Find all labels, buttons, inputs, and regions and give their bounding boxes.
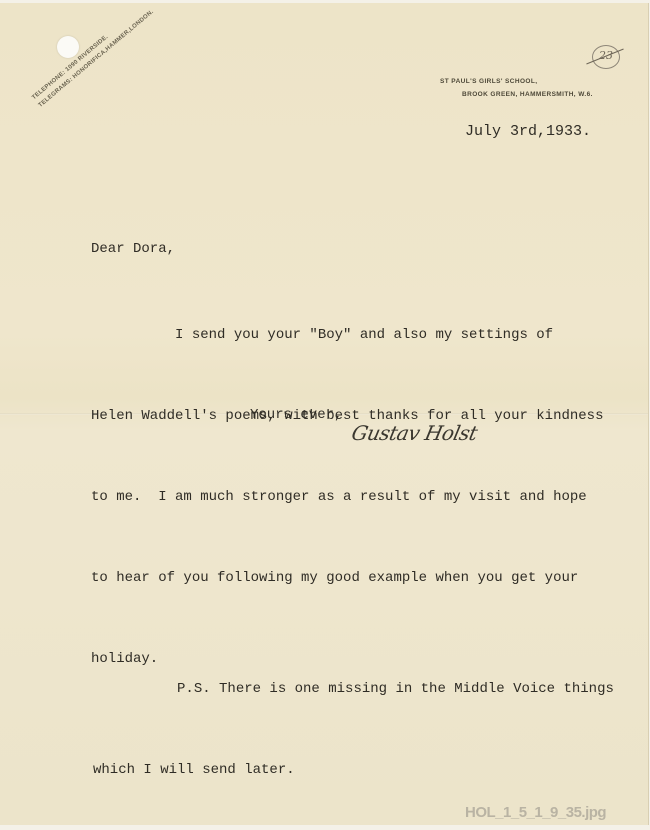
letterhead-address: ST PAUL'S GIRLS' SCHOOL, BROOK GREEN, HA… — [440, 75, 593, 101]
archive-number-mark: 23 — [592, 45, 620, 69]
letter-page: TELEPHONE: 1090 RIVERSIDE. TELEGRAMS: HO… — [0, 3, 649, 825]
closing: Yours ever, — [250, 407, 342, 423]
letterhead-telegrams: TELEGRAMS: HONORIFICA,HAMMER,LONDON. — [36, 7, 156, 110]
body-line: to me. I am much stronger as a result of… — [91, 484, 603, 511]
postscript-line: which I will send later. — [93, 757, 614, 784]
image-filename-label: HOL_1_5_1_9_35.jpg — [465, 804, 606, 821]
postscript-line: P.S. There is one missing in the Middle … — [93, 676, 614, 703]
body-line: I send you your "Boy" and also my settin… — [91, 322, 603, 349]
salutation: Dear Dora, — [91, 241, 175, 257]
handwritten-signature: Gustav Holst — [349, 421, 479, 445]
postscript: P.S. There is one missing in the Middle … — [93, 622, 614, 830]
punch-hole — [57, 36, 79, 58]
letterhead-street: BROOK GREEN, HAMMERSMITH, W.6. — [440, 88, 593, 101]
letterhead-school: ST PAUL'S GIRLS' SCHOOL, — [440, 75, 593, 88]
letterhead-telephone: TELEPHONE: 1090 RIVERSIDE. — [30, 0, 150, 103]
body-line: to hear of you following my good example… — [91, 565, 603, 592]
body-line: Helen Waddell's poems, with best thanks … — [91, 403, 603, 430]
letterhead-contact: TELEPHONE: 1090 RIVERSIDE. TELEGRAMS: HO… — [30, 0, 156, 110]
letter-date: July 3rd,1933. — [465, 123, 591, 140]
